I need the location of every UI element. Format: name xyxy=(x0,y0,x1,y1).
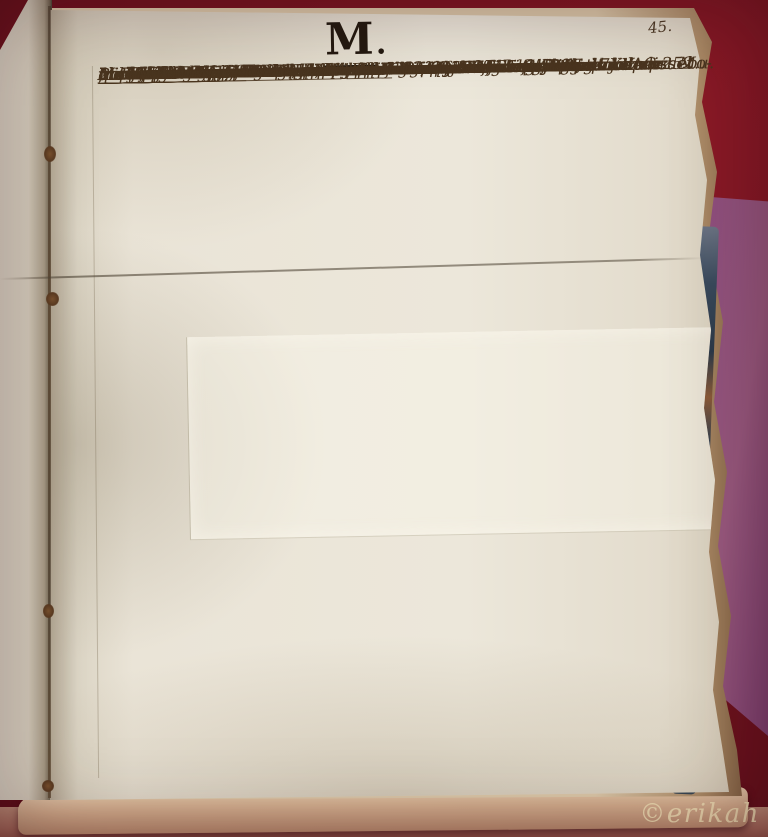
manuscript-page xyxy=(50,4,742,804)
binding-stitch xyxy=(44,146,56,162)
page-number: 45. xyxy=(647,17,673,37)
paper-repair-patch xyxy=(186,327,741,541)
binding-stitch xyxy=(42,780,54,792)
photographer-watermark: ©erikah xyxy=(639,799,760,829)
line-text: A. l. xyxy=(568,52,602,78)
binding-stitch xyxy=(46,292,59,306)
binding-crease xyxy=(48,6,51,798)
binding-stitch xyxy=(43,604,54,618)
manuscript-photo: M. 45. Mandane erat filia Astyagis Regis… xyxy=(0,0,768,837)
facing-page-sliver xyxy=(0,0,52,800)
